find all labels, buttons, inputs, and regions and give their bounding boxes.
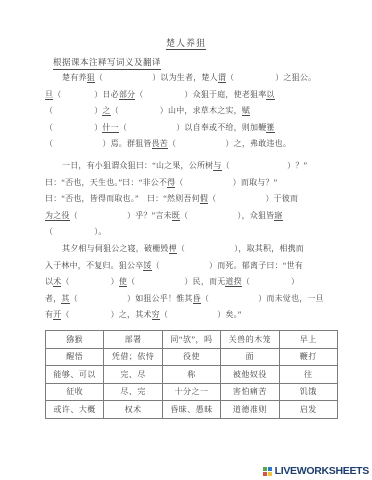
passage-text: （ ）之，其术 xyxy=(61,310,151,319)
underlined-term: 狙 xyxy=(87,73,95,83)
underlined-term: 以 xyxy=(266,90,274,100)
passage-line: 旦（ ）日必部分（ ）众狙于庭，使老狙率以 xyxy=(45,87,340,104)
table-cell: 鞭打 xyxy=(279,348,337,366)
table-cell: 完、尽 xyxy=(104,366,162,384)
table-row: 征收尽、完十分之一害怕痛苦饥饿 xyxy=(46,383,338,401)
underlined-term: 旦 xyxy=(45,90,53,100)
passage-text: （ ）而未觉也，一旦 xyxy=(201,294,324,303)
brand-text: LIVEWORKSHEETS xyxy=(275,465,369,477)
table-cell: 昏昧、愚昧 xyxy=(162,401,220,419)
section-heading: 根据课本注释写词义及翻译 xyxy=(53,56,161,70)
passage-text: （ ）以为生者，楚人 xyxy=(95,73,218,82)
table-cell: 往 xyxy=(279,366,337,384)
underlined-term: 什一 xyxy=(102,123,118,133)
underlined-term: 赋 xyxy=(242,106,250,116)
underlined-term: 昏 xyxy=(193,294,201,304)
table-cell: 饥饿 xyxy=(279,383,337,401)
passage-text: （ ）山中，求草木之实， xyxy=(111,106,242,115)
underlined-term: 穷 xyxy=(152,310,160,320)
passage-text: 楚有养 xyxy=(62,73,87,82)
passage-text: （ ）之，弗敢违也。 xyxy=(168,139,291,148)
passage: 楚有养狙（ ）以为生者，楚人谓（ ）之狙公。旦（ ）日必部分（ ）众狙于庭，使老… xyxy=(45,70,340,324)
passage-text: （ ）乎？”言未 xyxy=(70,211,172,220)
vocab-table-body: 猕猴部署同“欤”，吗关兽的木笼早上醒悟凭借；依恃役使面鞭打能够、可以完、尽称被他… xyxy=(46,331,338,419)
table-cell: 能够、可以 xyxy=(46,366,104,384)
passage-text: 曰：“否也，皆得而取也。” 曰：“然则吾何 xyxy=(45,194,200,203)
passage-line: （ ）之（ ）山中，求草木之实，赋 xyxy=(45,103,340,120)
table-row: 能够、可以完、尽称被他奴役往 xyxy=(46,366,338,384)
underlined-term: 畏苦 xyxy=(152,139,168,149)
logo-square xyxy=(268,472,272,476)
table-cell: 早上 xyxy=(279,331,337,349)
title-row: 楚人养狙 xyxy=(0,36,372,49)
logo-square xyxy=(263,472,267,476)
table-row: 醒悟凭借；依恃役使面鞭打 xyxy=(46,348,338,366)
table-cell: 被他奴役 xyxy=(221,366,279,384)
underlined-term: 其 xyxy=(61,294,69,304)
underlined-term: 谓 xyxy=(218,73,226,83)
underlined-term: 柙 xyxy=(169,244,177,254)
passage-text: （ ）之狙公。 xyxy=(226,73,316,82)
table-cell: 关兽的木笼 xyxy=(221,331,279,349)
passage-line: 有开（ ）之，其术穷（ ）矣。” xyxy=(45,307,340,324)
table-cell: 同“欤”，吗 xyxy=(162,331,220,349)
passage-text: （ ）众狙于庭，使老狙率 xyxy=(135,90,266,99)
underlined-term: 之 xyxy=(102,106,110,116)
passage-line: 楚有养狙（ ）以为生者，楚人谓（ ）之狙公。 xyxy=(45,70,340,87)
underlined-term: 寤 xyxy=(274,211,282,221)
passage-line: 入于林中，不复归。狙公卒馁（ ）而死。郁离子曰：“世有 xyxy=(45,258,340,275)
passage-text: 一日，有小狙谓众狙曰：“山之果，公所树 xyxy=(62,161,213,170)
passage-text: （ ） xyxy=(45,106,102,115)
underlined-term: 与 xyxy=(213,161,221,171)
passage-text: （ ）如狙公乎！惟其 xyxy=(70,294,193,303)
table-cell: 凭借；依恃 xyxy=(104,348,162,366)
passage-text: （ ）矣。” xyxy=(160,310,242,319)
worksheet-page: 楚人养狙 根据课本注释写词义及翻译 楚有养狙（ ）以为生者，楚人谓（ ）之狙公。… xyxy=(0,0,372,480)
passage-line: （ ）什一（ ）以自奉或不给，则加鞭箠 xyxy=(45,120,340,137)
table-cell: 尽、完 xyxy=(104,383,162,401)
passage-text: （ ）。 xyxy=(45,227,107,236)
logo-square xyxy=(263,467,267,471)
liveworksheets-link[interactable]: LIVEWORKSHEETS xyxy=(263,465,369,477)
passage-text: （ ）以自奉或不给，则加鞭 xyxy=(119,123,267,132)
underlined-term: 馁 xyxy=(143,261,151,271)
passage-line: 为之役（ ）乎？”言未既（ ），众狙皆寤 xyxy=(45,208,340,225)
passage-text: （ ），众狙皆 xyxy=(180,211,274,220)
table-cell: 部署 xyxy=(104,331,162,349)
passage-line: 者，其（ ）如狙公乎！惟其昏（ ）而未觉也，一旦 xyxy=(45,291,340,308)
vocab-table: 猕猴部署同“欤”，吗关兽的木笼早上醒悟凭借；依恃役使面鞭打能够、可以完、尽称被他… xyxy=(45,330,338,419)
table-row: 猕猴部署同“欤”，吗关兽的木笼早上 xyxy=(46,331,338,349)
underlined-term: 部分 xyxy=(119,90,135,100)
passage-text: 有 xyxy=(45,310,53,319)
table-cell: 猕猴 xyxy=(46,331,104,349)
underlined-term: 道揆 xyxy=(225,277,241,287)
underlined-term: 使 xyxy=(119,277,127,287)
passage-text: （ ）于彼而 xyxy=(208,194,298,203)
table-cell: 权术 xyxy=(104,401,162,419)
passage-text: 者， xyxy=(45,294,61,303)
passage-text: 曰：“否也，天生也。”曰：“非公不 xyxy=(45,178,167,187)
underlined-term: 既 xyxy=(172,211,180,221)
liveworksheets-logo-icon xyxy=(263,467,272,476)
table-cell: 称 xyxy=(162,366,220,384)
table-cell: 役使 xyxy=(162,348,220,366)
underlined-term: 箠 xyxy=(266,123,274,133)
table-cell: 面 xyxy=(221,348,279,366)
table-cell: 十分之一 xyxy=(162,383,220,401)
passage-text: （ ）日必 xyxy=(53,90,119,99)
table-cell: 害怕痛苦 xyxy=(221,383,279,401)
table-cell: 道德准则 xyxy=(221,401,279,419)
table-row: 或许、大概权术昏昧、愚昧道德准则启发 xyxy=(46,401,338,419)
passage-text: （ ）焉。群狙皆 xyxy=(45,139,152,148)
passage-text: （ ），取其积，相携而 xyxy=(177,244,304,253)
passage-text: （ ）而取与？” xyxy=(175,178,277,187)
table-cell: 或许、大概 xyxy=(46,401,104,419)
passage-text: （ ）民，而无 xyxy=(127,277,225,286)
passage-text: 入于林中，不复归。狙公卒 xyxy=(45,261,143,270)
logo-square xyxy=(268,467,272,471)
passage-line: 以术（ ）使（ ）民，而无道揆（ ） xyxy=(45,274,340,291)
passage-text: （ ）而死。郁离子曰：“世有 xyxy=(152,261,303,270)
passage-line: 曰：“否也，天生也。”曰：“非公不得（ ）而取与？” xyxy=(45,175,340,192)
table-cell: 启发 xyxy=(279,401,337,419)
passage-text: 以 xyxy=(45,277,53,286)
passage-line: （ ）焉。群狙皆畏苦（ ）之，弗敢违也。 xyxy=(45,136,340,153)
underlined-term: 为之役 xyxy=(45,211,70,221)
underlined-term: 假 xyxy=(200,194,208,204)
table-cell: 醒悟 xyxy=(46,348,104,366)
page-title: 楚人养狙 xyxy=(166,38,206,50)
passage-line: 一日，有小狙谓众狙曰：“山之果，公所树与（ ）？” xyxy=(45,158,340,175)
passage-line: 曰：“否也，皆得而取也。” 曰：“然则吾何假（ ）于彼而 xyxy=(45,191,340,208)
passage-line: 其夕相与伺狙公之寝，破栅毁柙（ ），取其积，相携而 xyxy=(45,241,340,258)
passage-text: 其夕相与伺狙公之寝，破栅毁 xyxy=(62,244,169,253)
passage-line: （ ）。 xyxy=(45,224,340,241)
passage-text: （ ） xyxy=(61,277,118,286)
passage-text: （ ）？” xyxy=(222,161,308,170)
passage-text: （ ） xyxy=(242,277,299,286)
table-cell: 征收 xyxy=(46,383,104,401)
passage-text: （ ） xyxy=(45,123,102,132)
